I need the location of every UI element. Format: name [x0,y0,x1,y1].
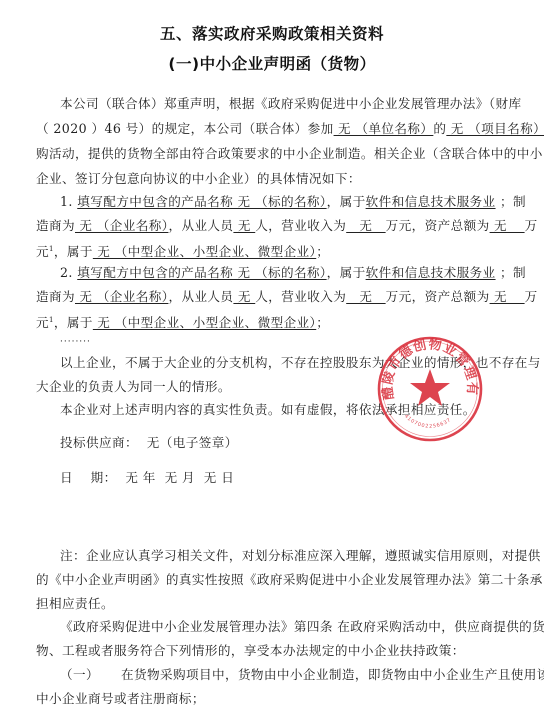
intro-line-4: 企业、签订分包意向协议的中小企业）的具体情况如下： [36,171,508,187]
enterprise-scale-field: 无 （中型企业、小型企业、微型企业） [93,244,316,259]
staff-count-field: 无 [233,218,255,233]
enterprise-scale-field: 无 （中型企业、小型企业、微型企业） [93,315,316,330]
note-line-1: 注：企业应认真学习相关文件，对划分标准应深入理解，遵照诚实信用原则，对提供 [60,548,508,564]
article-line-4: 中小企业商号或者注册商标； [36,691,508,707]
product-name-field: 填写配方中包含的产品名称 无 （标的名称） [77,265,326,280]
item-1-line-2: 造商为 无 （企业名称），从业人员 无 人，营业收入为 无 万元，资产总额为 无… [36,218,508,234]
note-line-3: 担相应责任。 [36,596,508,612]
industry-field: 软件和信息技术服务业 [366,265,496,280]
item-2-line-1: 2. 填写配方中包含的产品名称 无 （标的名称），属于软件和信息技术服务业 ；制 [60,265,508,281]
item-2-line-3: 元1，属于 无 （中型企业、小型企业、微型企业）； [36,312,508,331]
signature-date: 日 期： 无 年 无 月 无 日 [60,470,508,486]
staff-count-field: 无 [233,289,255,304]
seal-registration-number: 4107002256637 [403,413,453,429]
item-2-line-2: 造商为 无 （企业名称），从业人员 无 人，营业收入为 无 万元，资产总额为 无… [36,289,508,305]
section-title: 五、落实政府采购政策相关资料 [0,22,544,44]
manufacturer-field: 无 （企业名称） [75,289,168,304]
seal-star-icon [410,369,450,406]
unit-name-field: 无 （单位名称） [334,121,434,136]
item-1-line-3: 元1，属于 无 （中型企业、小型企业、微型企业）； [36,241,508,260]
document-page: 五、落实政府采购政策相关资料 (一)中小企业声明函（货物） 本公司（联合体）郑重… [0,0,544,725]
assets-field: 无 [490,289,525,304]
article-line-1: 《政府采购促进中小企业发展管理办法》第四条 在政府采购活动中，供应商提供的货 [60,619,508,635]
article-line-3: （一） 在货物采购项目中，货物由中小企业制造，即货物由中小企业生产且使用该 [60,667,508,683]
industry-field: 软件和信息技术服务业 [366,194,496,209]
intro-line-3: 购活动，提供的货物全部由符合政策要求的中小企业制造。相关企业（含联合体中的中小 [36,146,508,162]
svg-text:4107002256637: 4107002256637 [403,413,453,429]
intro-line-2: （ 2020 ）46 号）的规定，本公司（联合体）参加 无 （单位名称）的 无 … [36,121,508,137]
company-seal-stamp: 醴陵市德创物业管理有限公司 4107002256637 [376,335,484,443]
article-line-2: 物、工程或者服务符合下列情形的，享受本办法规定的中小企业扶持政策： [36,643,508,659]
manufacturer-field: 无 （企业名称） [75,218,168,233]
assets-field: 无 [490,218,525,233]
revenue-field: 无 [346,218,385,233]
project-name-field: 无 （项目名称） [446,121,544,136]
item-1-line-1: 1. 填写配方中包含的产品名称 无 （标的名称），属于软件和信息技术服务业 ；制 [60,194,508,210]
intro-line-1: 本公司（联合体）郑重声明，根据《政府采购促进中小企业发展管理办法》（财库 [60,96,508,112]
revenue-field: 无 [346,289,385,304]
product-name-field: 填写配方中包含的产品名称 无 （标的名称） [77,194,326,209]
note-line-2: 的《中小企业声明函》的真实性按照《政府采购促进中小企业发展管理办法》第二十条承 [36,572,508,588]
declaration-subtitle: (一)中小企业声明函（货物） [0,52,544,74]
